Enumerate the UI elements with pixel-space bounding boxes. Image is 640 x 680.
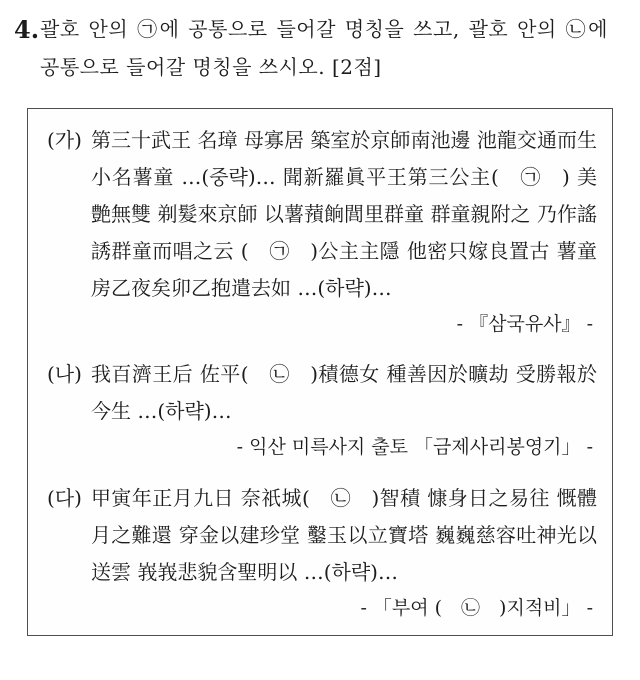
passage-source: - 『삼국유사』 - <box>47 309 593 339</box>
passage-da: (다) 甲寅年正月九日 奈祇城( ㉡ )智積 慷身日之易往 慨體月之難還 穿金以… <box>47 480 597 591</box>
passage-label: (다) <box>47 480 91 591</box>
passage-box: (가) 第三十武王 名璋 母寡居 築室於京師南池邊 池龍交通而生 小名薯童 …(… <box>27 108 613 636</box>
question-text: 괄호 안의 ㉠에 공통으로 들어갈 명칭을 쓰고, 괄호 안의 ㉡에 공통으로 … <box>40 17 608 79</box>
exam-page: 4. 괄호 안의 ㉠에 공통으로 들어갈 명칭을 쓰고, 괄호 안의 ㉡에 공통… <box>0 0 640 680</box>
passage-text: 我百濟王后 佐平( ㉡ )積德女 種善因於曠劫 受勝報於今生 …(하략)… <box>91 356 597 430</box>
passage-label: (나) <box>47 356 91 430</box>
passage-source: - 「부여 ( ㉡ )지적비」 - <box>47 593 593 623</box>
passage-text: 第三十武王 名璋 母寡居 築室於京師南池邊 池龍交通而生 小名薯童 …(중략)…… <box>91 122 597 307</box>
question-number: 4. <box>14 7 39 53</box>
passage-ga: (가) 第三十武王 名璋 母寡居 築室於京師南池邊 池龍交通而生 小名薯童 …(… <box>47 122 597 307</box>
question: 4. 괄호 안의 ㉠에 공통으로 들어갈 명칭을 쓰고, 괄호 안의 ㉡에 공통… <box>10 10 608 86</box>
passage-label: (가) <box>47 122 91 307</box>
passage-text: 甲寅年正月九日 奈祇城( ㉡ )智積 慷身日之易往 慨體月之難還 穿金以建珍堂 … <box>91 480 597 591</box>
passage-na: (나) 我百濟王后 佐平( ㉡ )積德女 種善因於曠劫 受勝報於今生 …(하략)… <box>47 356 597 430</box>
passage-source: - 익산 미륵사지 출토 「금제사리봉영기」 - <box>47 432 593 462</box>
